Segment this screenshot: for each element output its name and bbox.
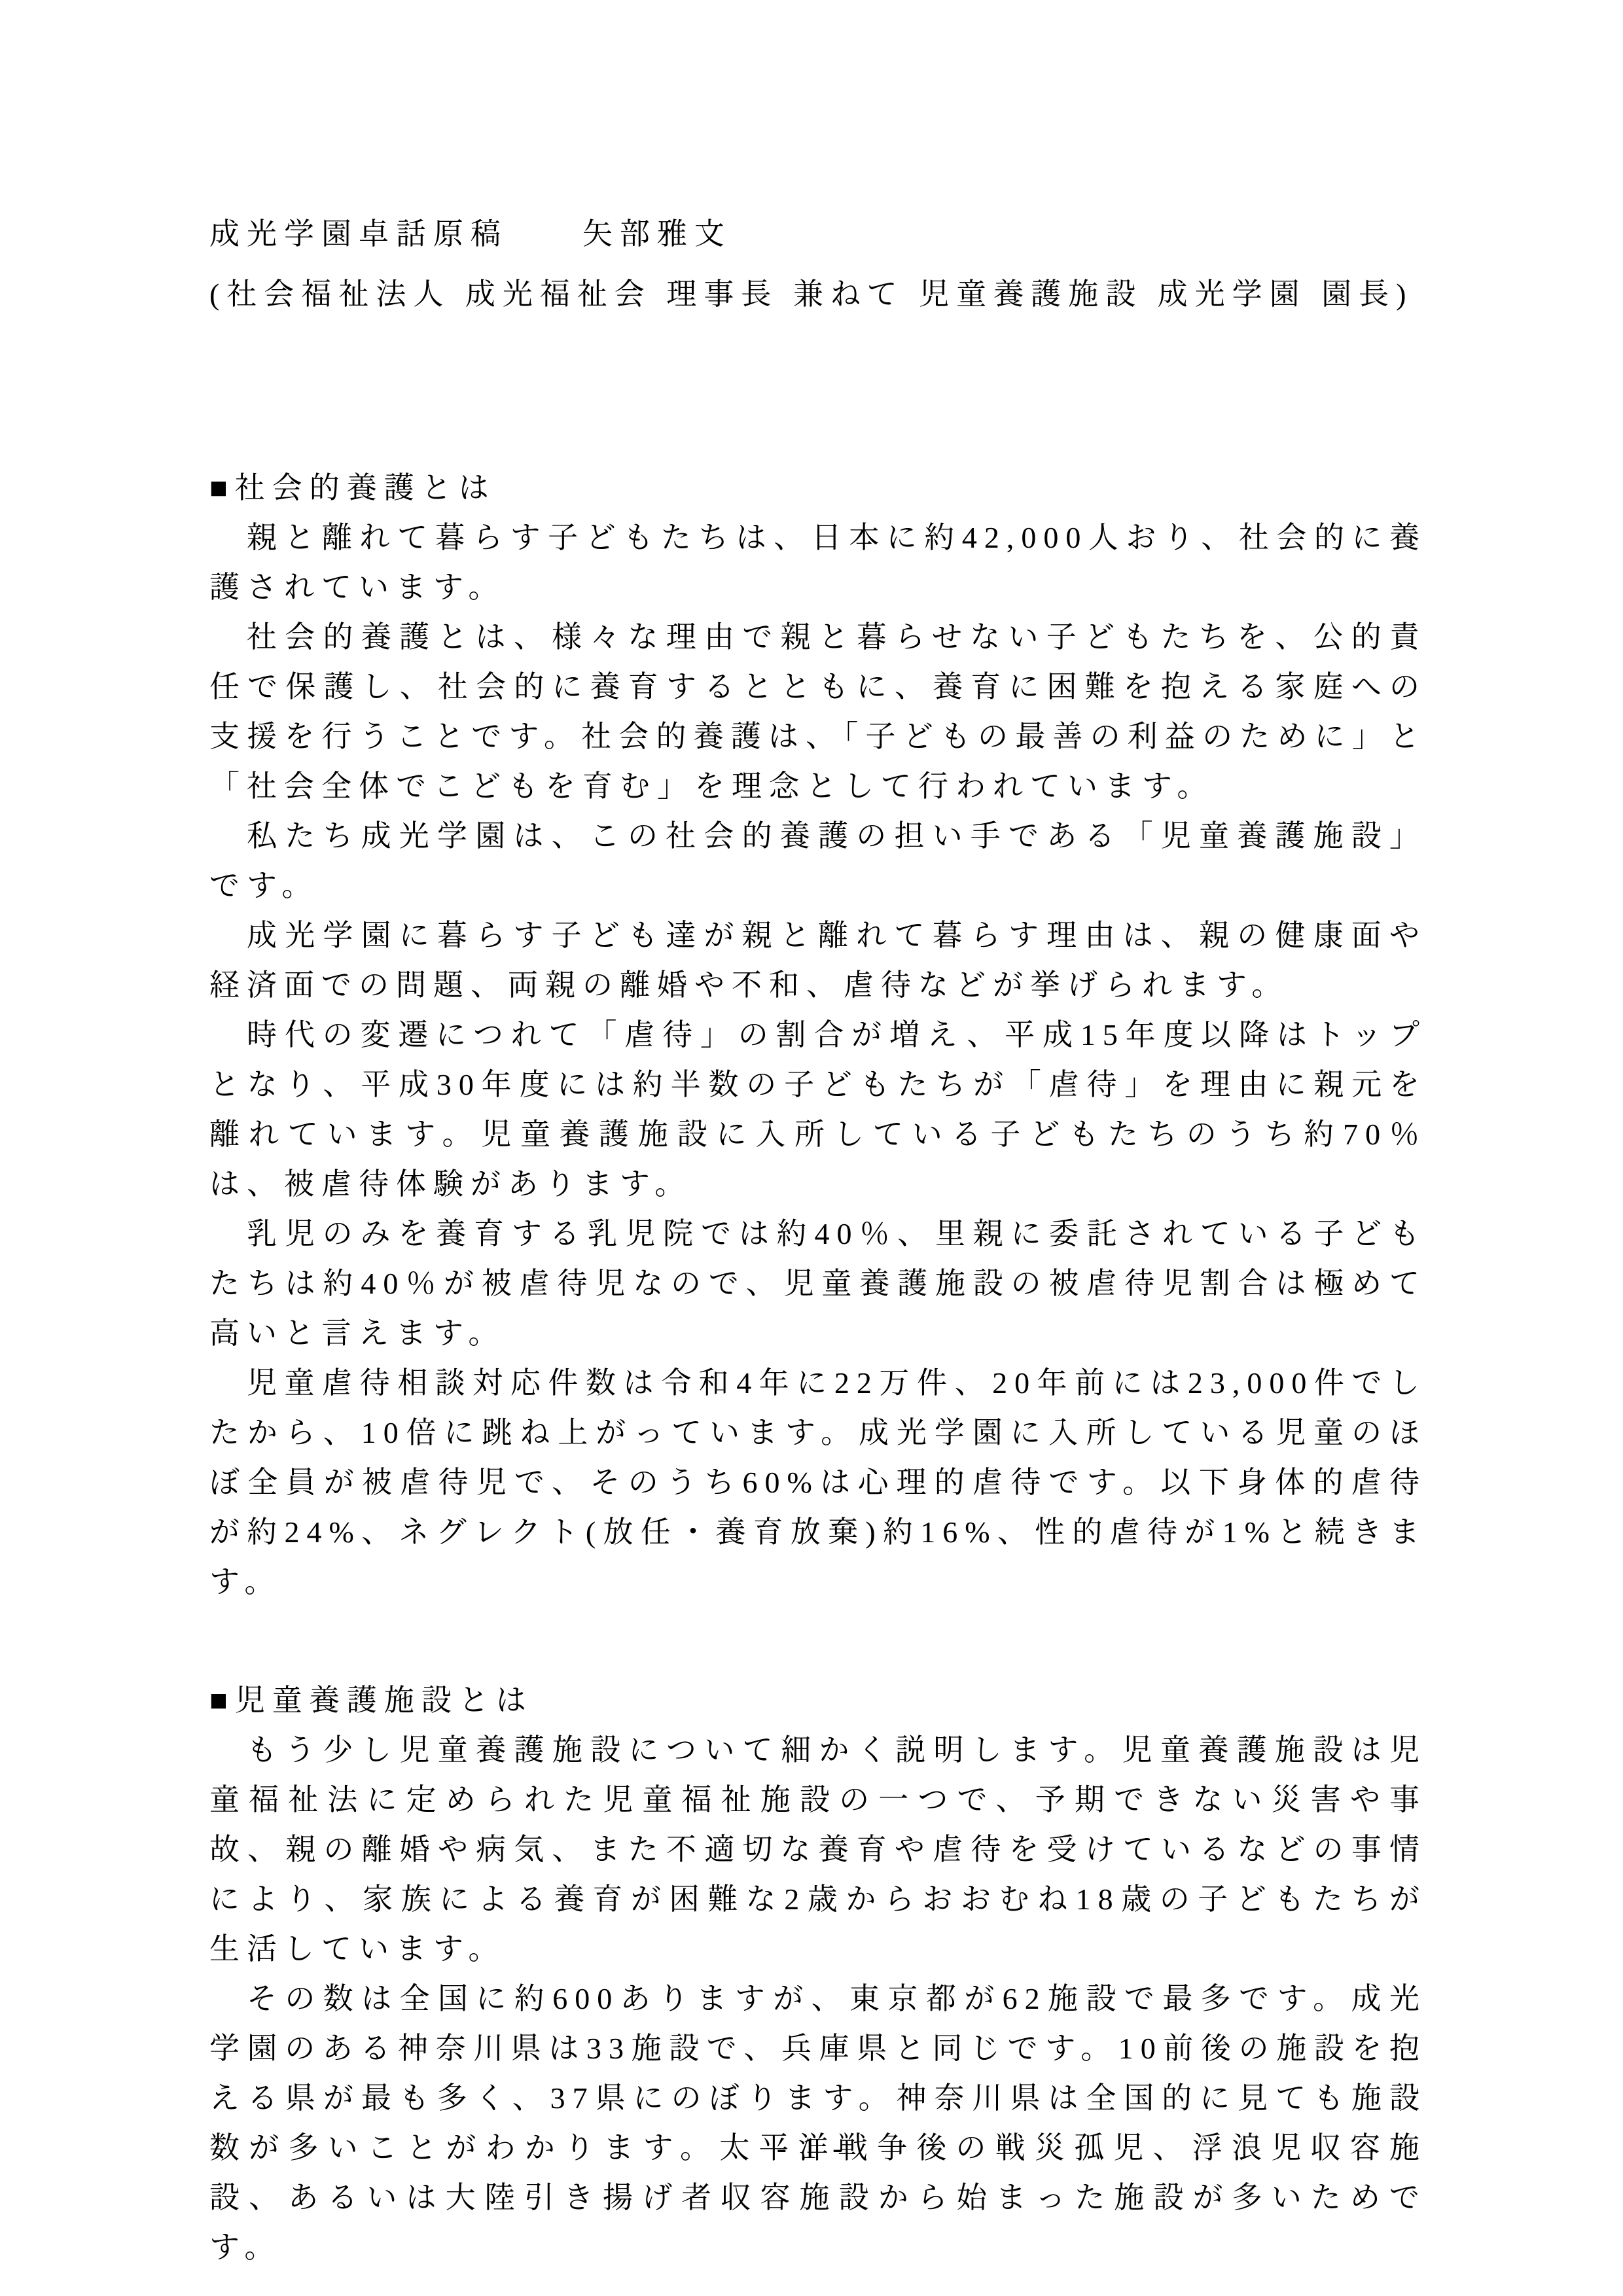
section-1-paragraph-2: 社会的養護とは、様々な理由で親と暮らせない子どもたちを、公的責任で保護し、社会的… xyxy=(209,612,1427,811)
section-1-paragraph-4: 成光学園に暮らす子ども達が親と離れて暮らす理由は、親の健康面や経済面での問題、両… xyxy=(209,911,1427,1010)
section-2-heading: ■児童養護施設とは xyxy=(209,1676,1427,1725)
section-1-paragraph-1: 親と離れて暮らす子どもたちは、日本に約42,000人おり、社会的に養護されていま… xyxy=(209,513,1427,612)
section-1-paragraph-5: 時代の変遷につれて「虐待」の割合が増え、平成15年度以降はトップとなり、平成30… xyxy=(209,1010,1427,1209)
section-1-heading: ■社会的養護とは xyxy=(209,463,1427,513)
section-1-paragraph-6: 乳児のみを養育する乳児院では約40％、里親に委託されている子どもたちは約40％が… xyxy=(209,1209,1427,1358)
section-1-paragraph-7: 児童虐待相談対応件数は令和4年に22万件、20年前には23,000件でしたから、… xyxy=(209,1358,1427,1607)
page-number: - 1 - xyxy=(777,2131,847,2164)
page-footer: - 1 - xyxy=(0,2123,1623,2173)
section-2-paragraph-1: もう少し児童養護施設について細かく説明します。児童養護施設は児童福祉法に定められ… xyxy=(209,1725,1427,1974)
section-shakaiteki-yogo: ■社会的養護とは 親と離れて暮らす子どもたちは、日本に約42,000人おり、社会… xyxy=(209,463,1427,1607)
section-1-paragraph-3: 私たち成光学園は、この社会的養護の担い手である「児童養護施設」です。 xyxy=(209,811,1427,911)
document-subtitle: (社会福祉法人 成光福祉会 理事長 兼ねて 児童養護施設 成光学園 園長) xyxy=(209,270,1427,319)
document-title: 成光学園卓話原稿 矢部雅文 xyxy=(209,209,1427,259)
document-page: 成光学園卓話原稿 矢部雅文 (社会福祉法人 成光福祉会 理事長 兼ねて 児童養護… xyxy=(0,0,1623,2296)
section-jido-yogo-shisetsu: ■児童養護施設とは もう少し児童養護施設について細かく説明します。児童養護施設は… xyxy=(209,1676,1427,2272)
title-block: 成光学園卓話原稿 矢部雅文 (社会福祉法人 成光福祉会 理事長 兼ねて 児童養護… xyxy=(209,209,1427,319)
